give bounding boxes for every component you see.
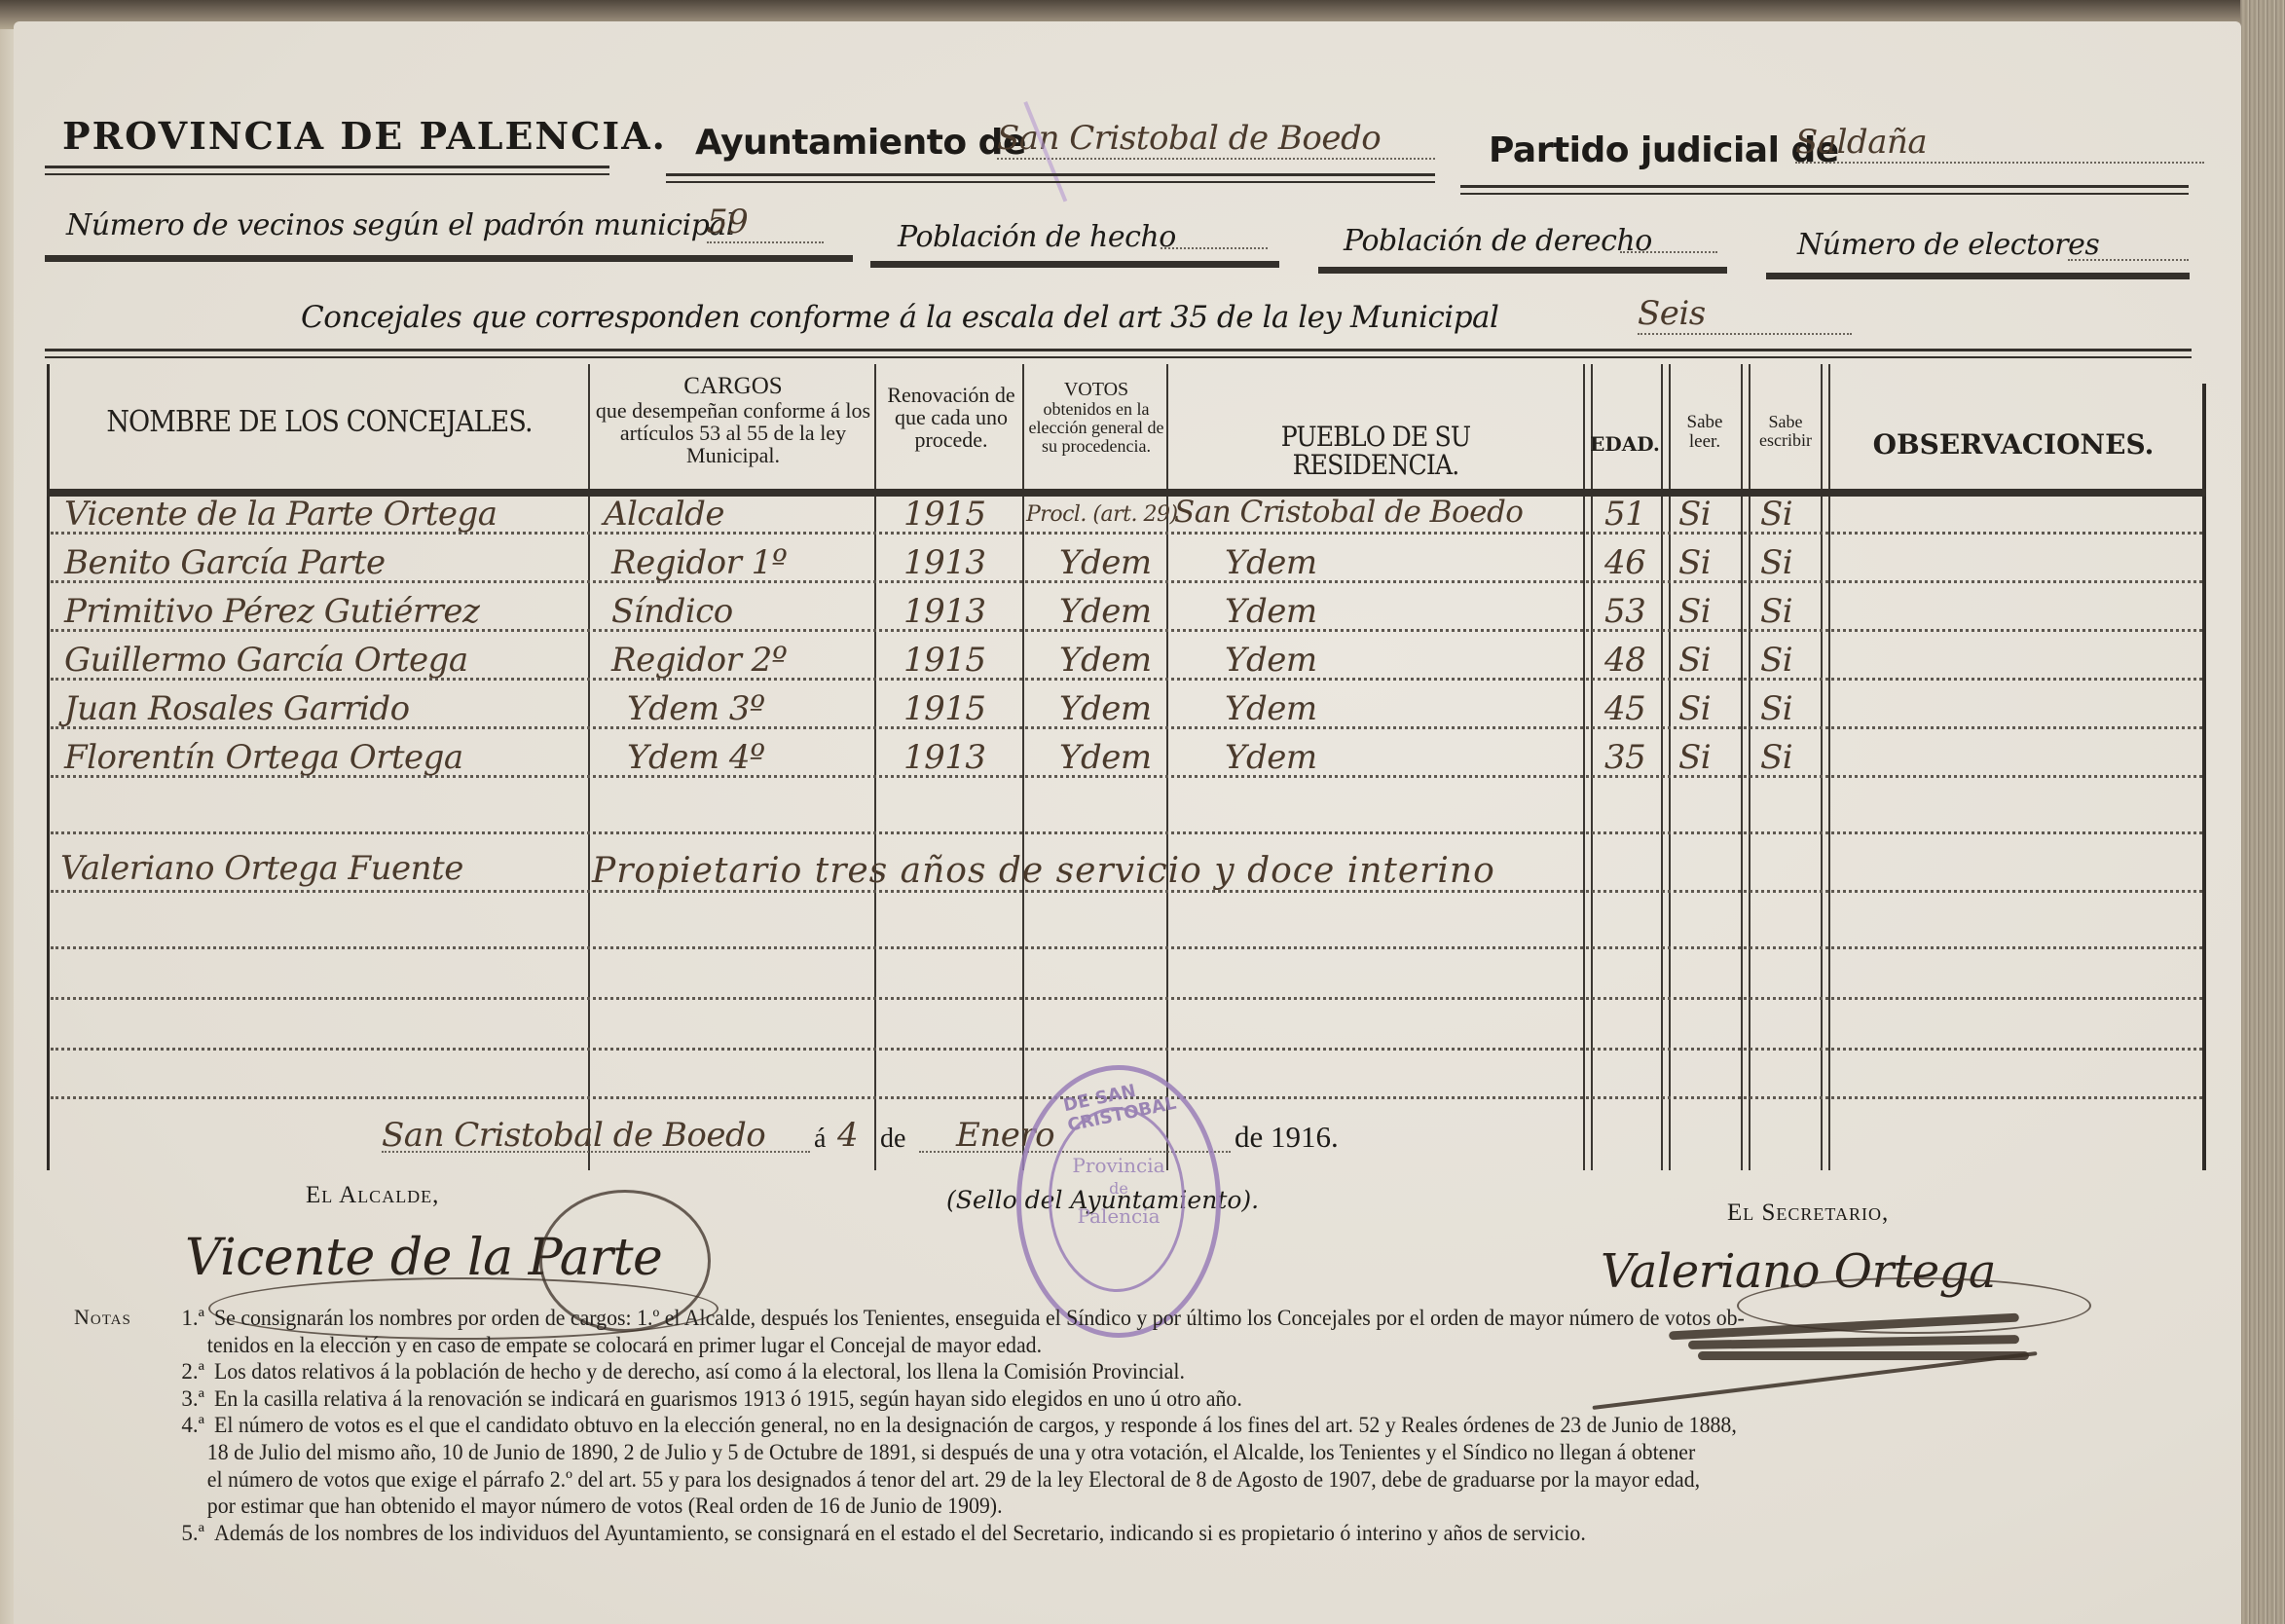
- cell-pueblo: Ydem: [1225, 641, 1317, 680]
- note-text: Se consignarán los nombres por orden de …: [214, 1305, 2097, 1332]
- cell-votos: Ydem: [1059, 592, 1152, 631]
- column-header-escribir: Sabe escribir: [1751, 413, 1821, 450]
- column-header-edad: EDAD.: [1589, 434, 1661, 455]
- rule: [45, 173, 609, 175]
- date-a-label: á: [814, 1124, 826, 1155]
- cell-edad: 46: [1604, 543, 1645, 582]
- cell-escribir: Si: [1760, 689, 1792, 728]
- alcalde-label: El Alcalde,: [306, 1182, 439, 1209]
- cell-cargo: Ydem 4º: [627, 738, 765, 777]
- column-header-votos: VOTOS obtenidos en la elección general d…: [1026, 380, 1166, 456]
- note-continuation: tenidos en la elección y en caso de empa…: [74, 1332, 2090, 1359]
- cell-renovacion: 1915: [903, 641, 986, 680]
- column-header-leer: Sabe leer.: [1671, 413, 1739, 452]
- table-border: [2202, 384, 2206, 1170]
- date-year: de 1916.: [1235, 1120, 1339, 1155]
- date-day: 4: [837, 1116, 858, 1155]
- cell-pueblo: Ydem: [1225, 689, 1317, 728]
- vecinos-value: 59: [707, 203, 748, 241]
- cell-votos: Ydem: [1059, 543, 1152, 582]
- cell-leer: Si: [1678, 495, 1711, 534]
- cell-nombre: Vicente de la Parte Ortega: [64, 495, 498, 534]
- municipal-seal: DE SAN CRISTOBAL Provincia de Palencia: [1016, 1065, 1221, 1338]
- cell-renovacion: 1915: [903, 495, 986, 534]
- cell-pueblo: Ydem: [1225, 592, 1317, 631]
- cell-renovacion: 1913: [903, 738, 986, 777]
- seal-center-line2: de: [1021, 1179, 1216, 1198]
- rule: [45, 349, 2192, 351]
- cell-pueblo: Ydem: [1225, 738, 1317, 777]
- province-title: PROVINCIA DE PALENCIA.: [62, 114, 667, 158]
- concejales-table: NOMBRE DE LOS CONCEJALES. CARGOS que des…: [47, 364, 2206, 1170]
- cell-escribir: Si: [1760, 495, 1792, 534]
- rule: [45, 166, 609, 168]
- note-continuation: por estimar que han obtenido el mayor nú…: [74, 1493, 2090, 1520]
- cell-leer: Si: [1678, 689, 1711, 728]
- cell-leer: Si: [1678, 738, 1711, 777]
- cell-escribir: Si: [1760, 543, 1792, 582]
- note-text: Además de los nombres de los individuos …: [214, 1520, 2097, 1547]
- row-rule: [51, 831, 2202, 834]
- electores-field: [2068, 259, 2189, 261]
- electores-label: Número de electores: [1797, 228, 2099, 262]
- note-number: 3.ª: [164, 1385, 214, 1413]
- note-item: 5.ª Además de los nombres de los individ…: [74, 1520, 2196, 1547]
- rule: [1318, 267, 1727, 274]
- cell-edad: 48: [1604, 641, 1645, 680]
- rule: [666, 181, 1435, 183]
- note-item: Notas 1.ª Se consignarán los nombres por…: [74, 1305, 2196, 1332]
- cell-votos: Procl. (art. 29): [1026, 502, 1178, 527]
- cell-nombre: Guillermo García Ortega: [64, 641, 468, 680]
- secretario-label: El Secretario,: [1727, 1200, 1889, 1227]
- note-number: 1.ª: [164, 1305, 214, 1332]
- partido-judicial-field: Saldaña: [1795, 123, 2204, 164]
- cell-nombre: Juan Rosales Garrido: [64, 689, 410, 728]
- note-text: En la casilla relativa á la renovación s…: [214, 1385, 2097, 1413]
- cell-cargo: Ydem 3º: [627, 689, 765, 728]
- row-rule: [51, 997, 2202, 1000]
- note-number: 5.ª: [164, 1520, 214, 1547]
- rule: [1766, 273, 2190, 279]
- seal-center-line3: Palencia: [1021, 1204, 1216, 1228]
- note-item: 3.ª En la casilla relativa á la renovaci…: [74, 1385, 2196, 1413]
- document-page: PROVINCIA DE PALENCIA. Ayuntamiento de S…: [14, 21, 2241, 1624]
- rule: [1460, 193, 2189, 195]
- cell-renovacion: 1913: [903, 592, 986, 631]
- votos-title: VOTOS: [1026, 380, 1166, 400]
- cell-edad: 45: [1604, 689, 1645, 728]
- partido-judicial-value: Saldaña: [1795, 123, 1927, 162]
- partido-judicial-label: Partido judicial de: [1489, 130, 1839, 170]
- note-item: 4.ª El número de votos es el que el cand…: [74, 1412, 2196, 1439]
- cell-edad: 51: [1604, 495, 1645, 534]
- cell-votos: Ydem: [1059, 738, 1152, 777]
- rule: [666, 173, 1435, 176]
- ayuntamiento-field: San Cristobal de Boedo: [997, 119, 1435, 160]
- cell-nombre: Benito García Parte: [64, 543, 386, 582]
- date-place: San Cristobal de Boedo: [382, 1116, 765, 1155]
- column-header-pueblo: PUEBLO DE SU RESIDENCIA.: [1197, 423, 1556, 480]
- note-item: 2.ª Los datos relativos á la población d…: [74, 1358, 2196, 1385]
- rule: [45, 255, 853, 262]
- cell-pueblo: Ydem: [1225, 543, 1317, 582]
- cell-renovacion: 1913: [903, 543, 986, 582]
- note-text: Los datos relativos á la población de he…: [214, 1358, 2097, 1385]
- cell-escribir: Si: [1760, 738, 1792, 777]
- cargos-subtitle: que desempeñan conforme á los artículos …: [592, 399, 874, 466]
- note-text: El número de votos es el que el candidat…: [214, 1412, 2097, 1439]
- date-place-underline: [382, 1151, 810, 1153]
- cell-nombre: Primitivo Pérez Gutiérrez: [64, 592, 479, 631]
- column-header-nombre: NOMBRE DE LOS CONCEJALES.: [92, 407, 547, 438]
- cell-cargo: Regidor 1º: [611, 543, 787, 582]
- cell-nombre: Florentín Ortega Ortega: [64, 738, 463, 777]
- column-header-observaciones: OBSERVACIONES.: [1828, 430, 2198, 459]
- date-de-label: de: [880, 1124, 905, 1155]
- cargos-title: CARGOS: [592, 374, 874, 399]
- cell-escribir: Si: [1760, 592, 1792, 631]
- notes-section: Notas 1.ª Se consignarán los nombres por…: [74, 1305, 2196, 1546]
- cell-edad: 35: [1604, 738, 1645, 777]
- rule: [1460, 185, 2189, 188]
- vecinos-field: 59: [707, 203, 824, 243]
- seal-center-line1: Provincia: [1021, 1154, 1216, 1177]
- secretario-nombre: Valeriano Ortega Fuente: [60, 849, 463, 888]
- votos-subtitle: obtenidos en la elección general de su p…: [1026, 400, 1166, 456]
- cell-pueblo: San Cristobal de Boedo: [1174, 495, 1523, 530]
- ayuntamiento-value: San Cristobal de Boedo: [997, 119, 1381, 158]
- column-header-renovacion: Renovación de que cada uno procede.: [880, 384, 1022, 451]
- concejales-field: Seis: [1638, 294, 1852, 335]
- note-number: 4.ª: [164, 1412, 214, 1439]
- poblacion-hecho-label: Población de hecho: [898, 220, 1176, 254]
- book-page-stack: [2240, 0, 2285, 1624]
- note-number: 2.ª: [164, 1358, 214, 1385]
- vecinos-label: Número de vecinos según el padrón munici…: [66, 208, 735, 242]
- column-header-cargos: CARGOS que desempeñan conforme á los art…: [592, 374, 874, 467]
- cell-edad: 53: [1604, 592, 1645, 631]
- cell-escribir: Si: [1760, 641, 1792, 680]
- cell-cargo: Alcalde: [604, 495, 724, 534]
- cell-votos: Ydem: [1059, 689, 1152, 728]
- cell-leer: Si: [1678, 592, 1711, 631]
- table-border: [47, 364, 50, 1170]
- rule: [45, 356, 2192, 358]
- secretario-detalle: Propietario tres años de servicio y doce…: [592, 851, 1495, 891]
- cell-cargo: Regidor 2º: [611, 641, 787, 680]
- row-rule: [51, 1048, 2202, 1051]
- cell-leer: Si: [1678, 543, 1711, 582]
- poblacion-hecho-field: [1161, 247, 1268, 249]
- note-continuation: 18 de Julio del mismo año, 10 de Junio d…: [74, 1439, 2090, 1466]
- poblacion-derecho-label: Población de derecho: [1344, 224, 1652, 258]
- note-continuation: el número de votos que exige el párrafo …: [74, 1466, 2090, 1494]
- concejales-label: Concejales que corresponden conforme á l…: [301, 300, 1498, 335]
- row-rule: [51, 946, 2202, 949]
- cell-leer: Si: [1678, 641, 1711, 680]
- notes-lead: Notas: [74, 1305, 164, 1332]
- cell-votos: Ydem: [1059, 641, 1152, 680]
- rule: [870, 261, 1279, 268]
- cell-cargo: Síndico: [611, 592, 733, 631]
- cell-renovacion: 1915: [903, 689, 986, 728]
- concejales-value: Seis: [1638, 294, 1706, 333]
- poblacion-derecho-field: [1620, 251, 1717, 253]
